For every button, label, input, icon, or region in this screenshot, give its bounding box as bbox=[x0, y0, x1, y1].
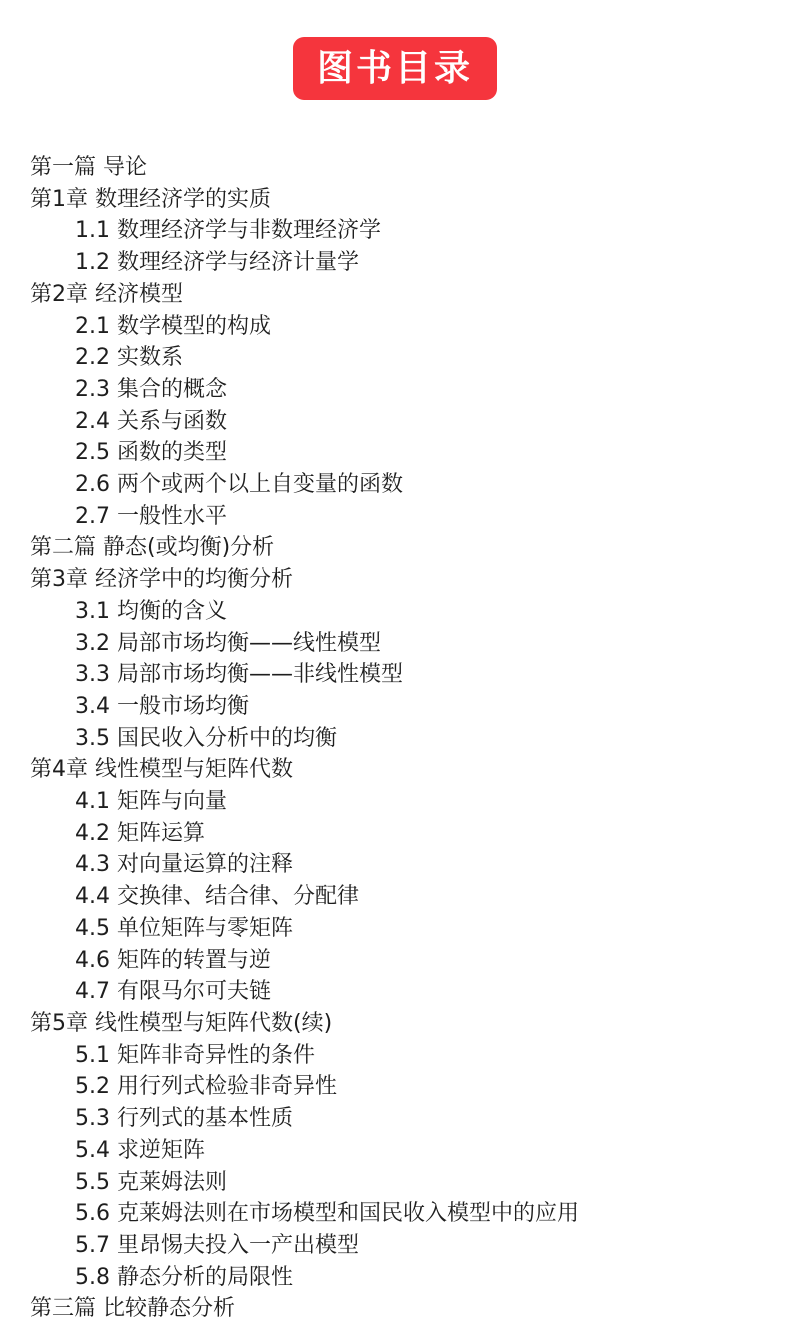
toc-item: 5.7 里昂惕夫投入一产出模型 bbox=[30, 1230, 780, 1262]
toc-item: 3.5 国民收入分析中的均衡 bbox=[30, 723, 780, 755]
toc-item: 5.6 克莱姆法则在市场模型和国民收入模型中的应用 bbox=[30, 1198, 780, 1230]
toc-item: 4.4 交换律、结合律、分配律 bbox=[30, 881, 780, 913]
toc-item: 5.4 求逆矩阵 bbox=[30, 1135, 780, 1167]
toc-item: 5.8 静态分析的局限性 bbox=[30, 1262, 780, 1294]
toc-item: 1.2 数理经济学与经济计量学 bbox=[30, 247, 780, 279]
toc-item: 1.1 数理经济学与非数理经济学 bbox=[30, 215, 780, 247]
toc-item: 5.5 克莱姆法则 bbox=[30, 1167, 780, 1199]
toc-item: 第4章 线性模型与矩阵代数 bbox=[30, 754, 780, 786]
toc-item: 4.3 对向量运算的注释 bbox=[30, 849, 780, 881]
toc-item: 5.1 矩阵非奇异性的条件 bbox=[30, 1040, 780, 1072]
toc-item: 2.1 数学模型的构成 bbox=[30, 311, 780, 343]
page-title-badge: 图书目录 bbox=[293, 37, 497, 100]
toc-item: 4.1 矩阵与向量 bbox=[30, 786, 780, 818]
toc-item: 2.2 实数系 bbox=[30, 342, 780, 374]
toc-item: 2.3 集合的概念 bbox=[30, 374, 780, 406]
toc-item: 第二篇 静态(或均衡)分析 bbox=[30, 532, 780, 564]
toc-item: 第三篇 比较静态分析 bbox=[30, 1293, 780, 1325]
toc-item: 4.2 矩阵运算 bbox=[30, 818, 780, 850]
toc-item: 第2章 经济模型 bbox=[30, 279, 780, 311]
toc-item: 4.5 单位矩阵与零矩阵 bbox=[30, 913, 780, 945]
toc-item: 2.5 函数的类型 bbox=[30, 437, 780, 469]
toc-item: 3.2 局部市场均衡——线性模型 bbox=[30, 628, 780, 660]
toc-item: 第3章 经济学中的均衡分析 bbox=[30, 564, 780, 596]
toc-item: 第一篇 导论 bbox=[30, 152, 780, 184]
toc-item: 5.3 行列式的基本性质 bbox=[30, 1103, 780, 1135]
toc-item: 第1章 数理经济学的实质 bbox=[30, 184, 780, 216]
toc-item: 4.7 有限马尔可夫链 bbox=[30, 976, 780, 1008]
toc-item: 3.3 局部市场均衡——非线性模型 bbox=[30, 659, 780, 691]
toc-item: 2.7 一般性水平 bbox=[30, 501, 780, 533]
toc-item: 2.4 关系与函数 bbox=[30, 406, 780, 438]
toc-item: 3.1 均衡的含义 bbox=[30, 596, 780, 628]
toc-item: 3.4 一般市场均衡 bbox=[30, 691, 780, 723]
page-title: 图书目录 bbox=[317, 51, 473, 87]
toc-item: 第5章 线性模型与矩阵代数(续) bbox=[30, 1008, 780, 1040]
toc-item: 4.6 矩阵的转置与逆 bbox=[30, 945, 780, 977]
toc-item: 2.6 两个或两个以上自变量的函数 bbox=[30, 469, 780, 501]
toc-item: 5.2 用行列式检验非奇异性 bbox=[30, 1071, 780, 1103]
table-of-contents: 第一篇 导论第1章 数理经济学的实质1.1 数理经济学与非数理经济学1.2 数理… bbox=[0, 152, 790, 1325]
